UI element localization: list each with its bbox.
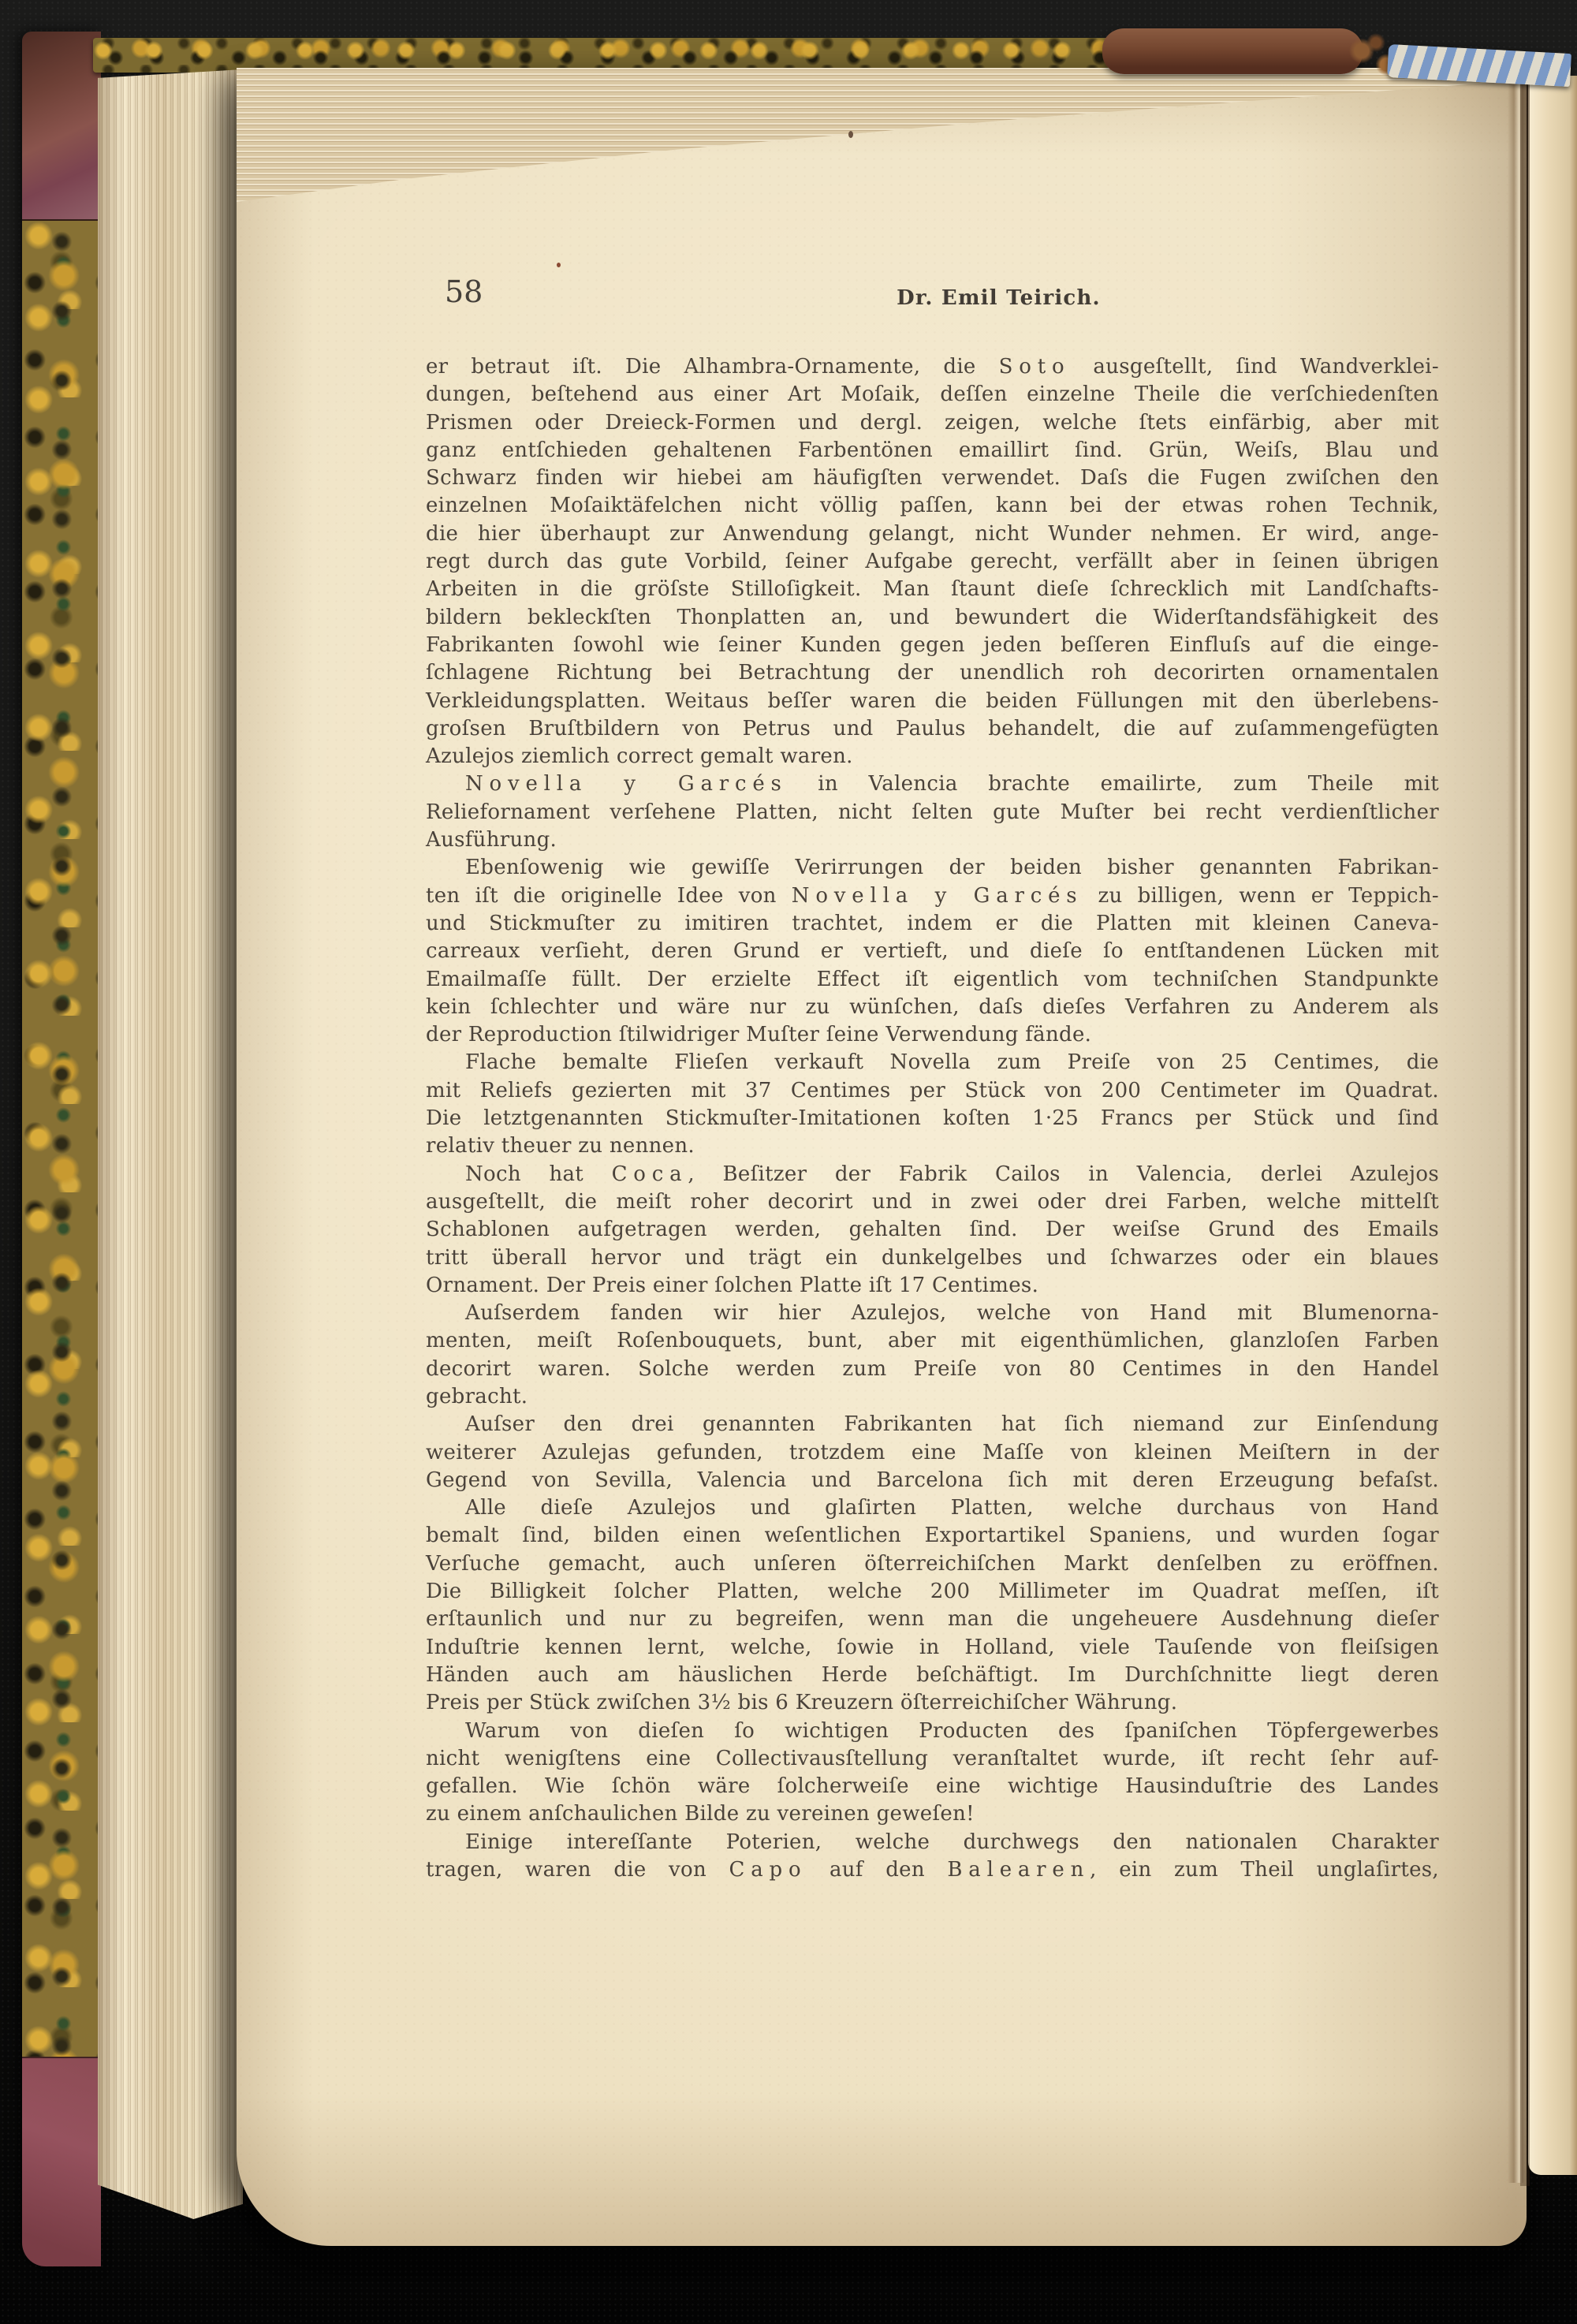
paragraph: Noch hat Coca, Beſitzer der Fabrik Cailo… xyxy=(426,1161,1439,1300)
text-line: Ausführung. xyxy=(426,826,1439,854)
text-line: Preis per Stück zwiſchen 3½ bis 6 Kreuze… xyxy=(426,1689,1439,1717)
text-line: und Stickmuſter zu imitiren trachtet, in… xyxy=(426,910,1439,938)
text-line: Einige intereſſante Poterien, welche dur… xyxy=(426,1829,1439,1856)
text-line: zu einem anſchaulichen Bilde zu vereinen… xyxy=(426,1800,1439,1828)
spine-leather-head xyxy=(1102,28,1363,74)
text-line: Verſuche gemacht, auch unſeren öſterreic… xyxy=(426,1550,1439,1578)
gutter-shadow xyxy=(1520,69,1530,2186)
text-line: Ebenſowenig wie gewiſſe Verirrungen der … xyxy=(426,854,1439,882)
text-line: Gegend von Sevilla, Valencia und Barcelo… xyxy=(426,1467,1439,1494)
text-line: Arbeiten in die gröſste Stilloſigkeit. M… xyxy=(426,576,1439,603)
book-cover-edge xyxy=(22,32,101,2266)
text-line: Noch hat Coca, Beſitzer der Fabrik Cailo… xyxy=(426,1161,1439,1188)
text-line: mit Reliefs gezierten mit 37 Centimes pe… xyxy=(426,1077,1439,1105)
text-line: ausgeſtellt, die meiſt roher decorirt un… xyxy=(426,1188,1439,1216)
paragraph: Ebenſowenig wie gewiſſe Verirrungen der … xyxy=(426,854,1439,1049)
text-line: Schablonen aufgetragen werden, gehalten … xyxy=(426,1216,1439,1244)
text-line: groſsen Bruſtbildern von Petrus und Paul… xyxy=(426,715,1439,743)
text-line: die hier überhaupt zur Anwendung gelangt… xyxy=(426,520,1439,548)
text-line: bemalt ſind, bilden einen weſentlichen E… xyxy=(426,1522,1439,1550)
text-line: Ornament. Der Preis einer ſolchen Platte… xyxy=(426,1272,1439,1300)
letterspaced-name: Soto xyxy=(999,355,1071,379)
text-line: einzelnen Moſaiktäfelchen nicht völlig p… xyxy=(426,492,1439,520)
text-line: Auſserdem fanden wir hier Azulejos, welc… xyxy=(426,1300,1439,1327)
letterspaced-name: Balearen xyxy=(947,1858,1090,1882)
text-line: Die Billigkeit ſolcher Platten, welche 2… xyxy=(426,1578,1439,1606)
text-line: Emailmaſſe füllt. Der erzielte Effect iſ… xyxy=(426,966,1439,994)
text-line: tragen, waren die von Capo auf den Balea… xyxy=(426,1856,1439,1884)
paragraph: Einige intereſſante Poterien, welche dur… xyxy=(426,1829,1439,1885)
text-line: relativ theuer zu nennen. xyxy=(426,1132,1439,1160)
text-line: Die letztgenannten Stickmuſter-Imitation… xyxy=(426,1105,1439,1132)
paragraph: Auſserdem fanden wir hier Azulejos, welc… xyxy=(426,1300,1439,1411)
body-text: er betraut iſt. Die Alhambra-Ornamente, … xyxy=(426,353,1439,1884)
page-number: 58 xyxy=(445,276,483,308)
text-line: Azulejos ziemlich correct gemalt waren. xyxy=(426,743,1439,770)
dust-speck xyxy=(848,131,853,138)
text-line: gebracht. xyxy=(426,1383,1439,1411)
text-line: decorirt waren. Solche werden zum Preiſe… xyxy=(426,1356,1439,1383)
text-line: Schwarz finden wir hiebei am häufigſten … xyxy=(426,464,1439,492)
paragraph: Auſser den drei genannten Fabrikanten ha… xyxy=(426,1411,1439,1494)
text-line: Auſser den drei genannten Fabrikanten ha… xyxy=(426,1411,1439,1438)
paragraph: Alle dieſe Azulejos und glaſirten Platte… xyxy=(426,1494,1439,1717)
text-line: Novella y Garcés in Valencia brachte ema… xyxy=(426,770,1439,798)
text-line: Reliefornament verſehene Platten, nicht … xyxy=(426,799,1439,826)
text-line: Flache bemalte Flieſen verkauft Novella … xyxy=(426,1049,1439,1076)
running-header: Dr. Emil Teirich. xyxy=(492,286,1505,310)
text-line: Alle dieſe Azulejos und glaſirten Platte… xyxy=(426,1494,1439,1522)
letterspaced-name: Capo xyxy=(729,1858,807,1882)
text-line: kein ſchlechter und wäre nur zu wünſchen… xyxy=(426,994,1439,1021)
paragraph: er betraut iſt. Die Alhambra-Ornamente, … xyxy=(426,353,1439,770)
text-line: ganz entſchieden gehaltenen Farbentönen … xyxy=(426,437,1439,464)
text-line: er betraut iſt. Die Alhambra-Ornamente, … xyxy=(426,353,1439,381)
paragraph: Flache bemalte Flieſen verkauft Novella … xyxy=(426,1049,1439,1160)
text-line: Händen auch am häuslichen Herde beſchäft… xyxy=(426,1662,1439,1689)
printed-text-area: 58 Dr. Emil Teirich. er betraut iſt. Die… xyxy=(426,276,1439,325)
facing-page-sliver xyxy=(1528,76,1577,2175)
text-line: carreaux verſieht, deren Grund er vertie… xyxy=(426,938,1439,965)
text-line: der Reproduction ſtilwidriger Muſter ſei… xyxy=(426,1021,1439,1049)
cover-leather-corner-bottom xyxy=(22,2057,101,2266)
text-line: Fabrikanten ſowohl wie ſeiner Kunden geg… xyxy=(426,632,1439,659)
text-line: bildern bekleckſten Thonplatten an, und … xyxy=(426,604,1439,632)
page-stack-fore-edge xyxy=(98,69,243,2219)
text-line: tritt überall hervor und trägt ein dunke… xyxy=(426,1244,1439,1272)
text-line: Verkleidungsplatten. Weitaus beſſer ware… xyxy=(426,688,1439,715)
text-line: dungen, beſtehend aus einer Art Moſaik, … xyxy=(426,381,1439,408)
letterspaced-name: Novella y Garcés xyxy=(465,772,788,796)
text-line: regt durch das gute Vorbild, ſeiner Aufg… xyxy=(426,548,1439,576)
book-photograph: 58 Dr. Emil Teirich. er betraut iſt. Die… xyxy=(0,0,1577,2324)
paragraph: Warum von dieſen ſo wichtigen Producten … xyxy=(426,1718,1439,1829)
text-line: Warum von dieſen ſo wichtigen Producten … xyxy=(426,1718,1439,1745)
text-line: nicht wenigſtens eine Collectivausſtellu… xyxy=(426,1745,1439,1773)
text-line: Induſtrie kennen lernt, welche, ſowie in… xyxy=(426,1634,1439,1662)
text-line: ſchlagene Richtung bei Betrachtung der u… xyxy=(426,659,1439,687)
letterspaced-name: Coca xyxy=(612,1162,688,1186)
text-line: ten iſt die originelle Idee von Novella … xyxy=(426,882,1439,910)
text-line: weiterer Azulejas gefunden, trotzdem ein… xyxy=(426,1439,1439,1467)
text-line: gefallen. Wie ſchön wäre ſolcherweiſe ei… xyxy=(426,1773,1439,1800)
text-line: menten, meiſt Roſenbouquets, bunt, aber … xyxy=(426,1327,1439,1355)
cover-leather-corner-top xyxy=(22,32,101,221)
running-head-row: 58 Dr. Emil Teirich. xyxy=(426,276,1439,325)
letterspaced-name: Novella y Garcés xyxy=(792,884,1083,908)
text-line: erſtaunlich und nur zu begreifen, wenn m… xyxy=(426,1606,1439,1633)
foxing-speck xyxy=(557,263,561,267)
cover-marbled-paper xyxy=(22,221,101,2057)
paragraph: Novella y Garcés in Valencia brachte ema… xyxy=(426,770,1439,854)
text-line: Prismen oder Dreieck-Formen und dergl. z… xyxy=(426,409,1439,437)
